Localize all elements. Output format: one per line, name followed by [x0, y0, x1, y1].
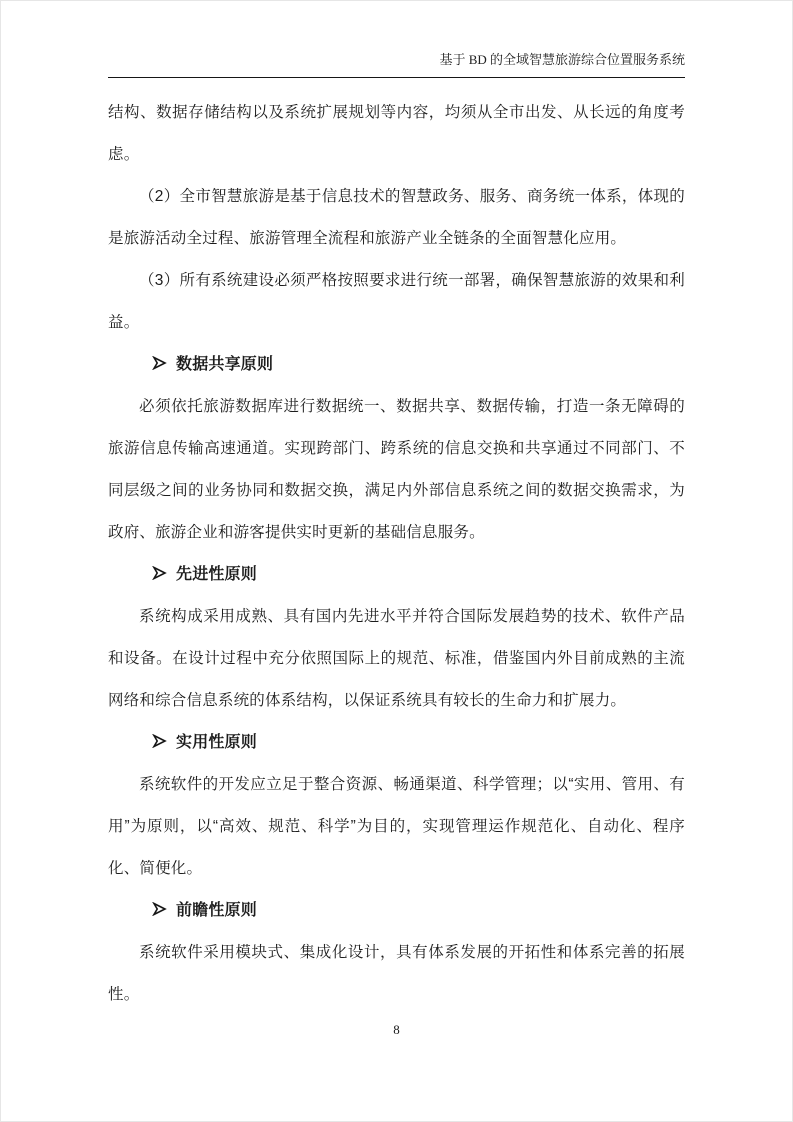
paragraph-continuation: 结构、数据存储结构以及系统扩展规划等内容，均须从全市出发、从长远的角度考虑。 — [108, 92, 685, 176]
arrow-bullet-icon — [152, 734, 167, 748]
section-heading-label: 数据共享原则 — [176, 356, 273, 373]
paragraph-advancement: 系统构成采用成熟、具有国内先进水平并符合国际发展趋势的技术、软件产品和设备。在设… — [108, 596, 685, 722]
header-divider — [108, 77, 685, 78]
paragraph-item-2: （2）全市智慧旅游是基于信息技术的智慧政务、服务、商务统一体系，体现的是旅游活动… — [108, 176, 685, 260]
header-title: 基于 BD 的全域智慧旅游综合位置服务系统 — [108, 51, 685, 69]
paragraph-practicality: 系统软件的开发应立足于整合资源、畅通渠道、科学管理；以“实用、管用、有用”为原则… — [108, 764, 685, 890]
document-page: 基于 BD 的全域智慧旅游综合位置服务系统 结构、数据存储结构以及系统扩展规划等… — [0, 0, 793, 1122]
page-footer: 8 — [0, 1021, 793, 1039]
document-body: 结构、数据存储结构以及系统扩展规划等内容，均须从全市出发、从长远的角度考虑。 （… — [108, 92, 685, 1016]
section-heading-data-sharing: 数据共享原则 — [108, 344, 685, 386]
section-heading-advancement: 先进性原则 — [108, 554, 685, 596]
section-heading-practicality: 实用性原则 — [108, 722, 685, 764]
paragraph-data-sharing: 必须依托旅游数据库进行数据统一、数据共享、数据传输，打造一条无障碍的旅游信息传输… — [108, 386, 685, 554]
section-heading-label: 先进性原则 — [176, 566, 257, 583]
arrow-bullet-icon — [152, 902, 167, 916]
section-heading-label: 前瞻性原则 — [176, 902, 257, 919]
arrow-bullet-icon — [152, 356, 167, 370]
paragraph-item-3: （3）所有系统建设必须严格按照要求进行统一部署，确保智慧旅游的效果和利益。 — [108, 260, 685, 344]
arrow-bullet-icon — [152, 566, 167, 580]
paragraph-forward-looking: 系统软件采用模块式、集成化设计，具有体系发展的开拓性和体系完善的拓展性。 — [108, 932, 685, 1016]
section-heading-forward-looking: 前瞻性原则 — [108, 890, 685, 932]
page-number: 8 — [393, 1022, 400, 1037]
section-heading-label: 实用性原则 — [176, 734, 257, 751]
